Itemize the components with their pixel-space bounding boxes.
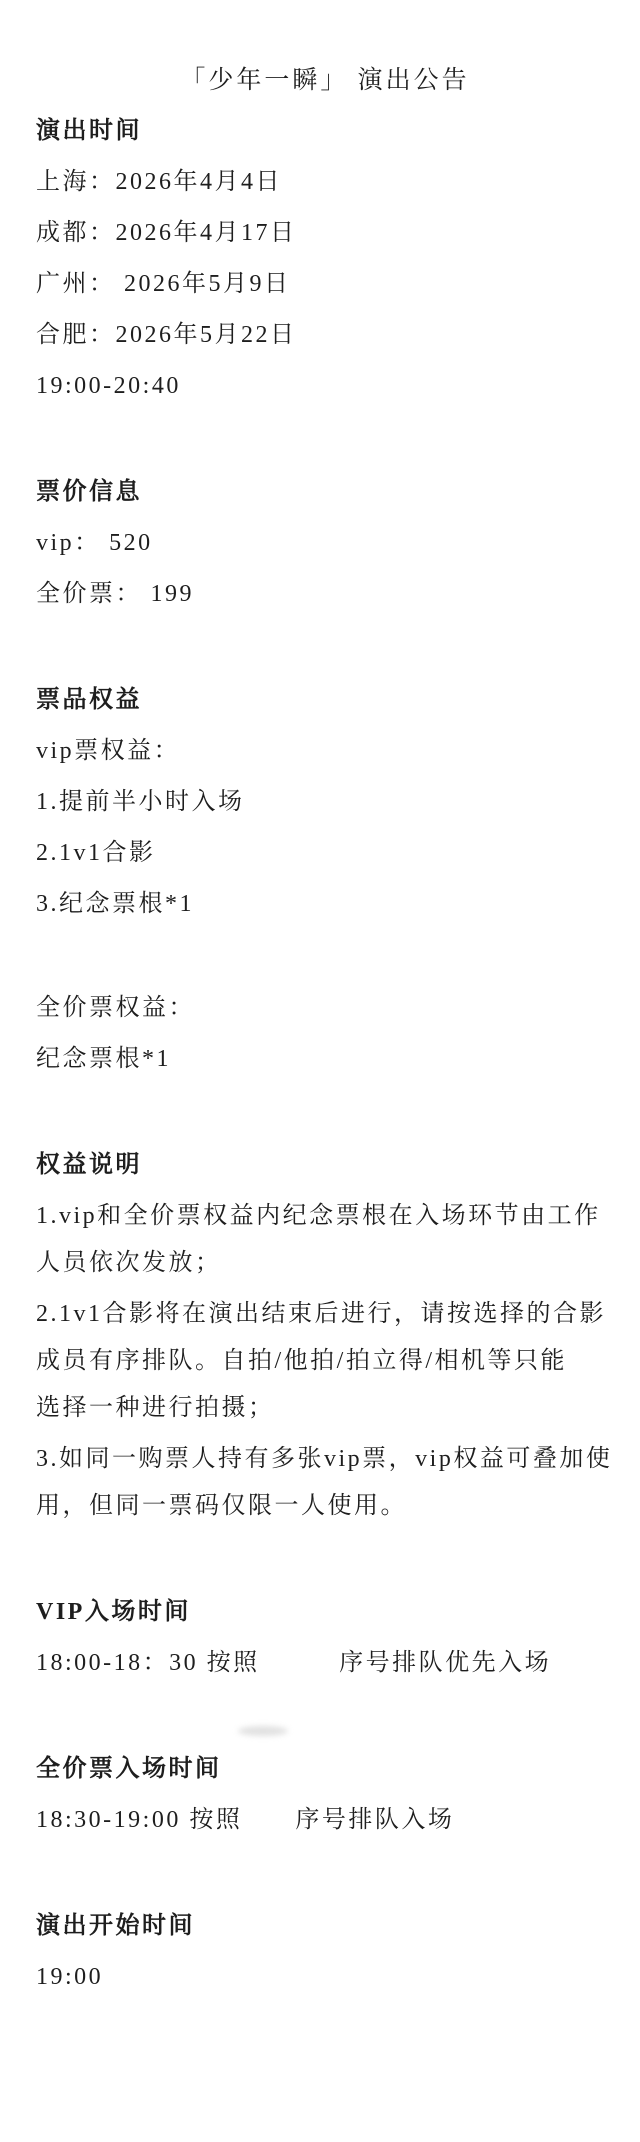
full-entry-time: 18:30-19:00 按照 序号排队入场 [36, 1797, 614, 1844]
vip-benefit-2: 2.1v1合影 [36, 830, 614, 877]
full-benefits-label: 全价票权益： [36, 985, 614, 1032]
benefit-note-3: 3.如同一购票人持有多张vip票，vip权益可叠加使 用，但同一票码仅限一人使用… [36, 1436, 614, 1530]
benefit-note-3-line-1: 3.如同一购票人持有多张vip票，vip权益可叠加使 [36, 1436, 614, 1483]
section-heading-ticket-prices: 票价信息 [36, 469, 614, 516]
section-heading-show-time: 演出时间 [36, 108, 614, 155]
benefit-note-2-line-3: 选择一种进行拍摄； [36, 1385, 614, 1432]
city-date-chengdu: 成都：2026年4月17日 [36, 210, 614, 257]
section-heading-benefit-notes: 权益说明 [36, 1142, 614, 1189]
benefit-note-2: 2.1v1合影将在演出结束后进行，请按选择的合影 成员有序排队。自拍/他拍/拍立… [36, 1291, 614, 1432]
page-title: 「少年一瞬」 演出公告 [36, 57, 614, 104]
section-heading-show-start-time: 演出开始时间 [36, 1903, 614, 1950]
section-full-entry-time: 全价票入场时间 18:30-19:00 按照 序号排队入场 [36, 1746, 614, 1844]
benefit-note-1-line-1: 1.vip和全价票权益内纪念票根在入场环节由工作 [36, 1193, 614, 1240]
section-show-time: 演出时间 上海：2026年4月4日 成都：2026年4月17日 广州： 2026… [36, 108, 614, 410]
vip-benefit-3: 3.纪念票根*1 [36, 881, 614, 928]
benefit-note-3-line-2: 用，但同一票码仅限一人使用。 [36, 1483, 614, 1530]
section-ticket-benefits: 票品权益 vip票权益： 1.提前半小时入场 2.1v1合影 3.纪念票根*1 … [36, 677, 614, 1083]
redaction-smudge-artifact [238, 1726, 288, 1736]
section-benefit-notes: 权益说明 1.vip和全价票权益内纪念票根在入场环节由工作 人员依次发放； 2.… [36, 1142, 614, 1530]
section-heading-ticket-benefits: 票品权益 [36, 677, 614, 724]
section-heading-vip-entry-time: VIP入场时间 [36, 1589, 614, 1636]
section-ticket-prices: 票价信息 vip： 520 全价票： 199 [36, 469, 614, 618]
vip-entry-time: 18:00-18：30 按照 序号排队优先入场 [36, 1640, 614, 1687]
section-vip-entry-time: VIP入场时间 18:00-18：30 按照 序号排队优先入场 [36, 1589, 614, 1687]
city-date-shanghai: 上海：2026年4月4日 [36, 159, 614, 206]
vip-benefits-label: vip票权益： [36, 728, 614, 775]
price-vip: vip： 520 [36, 520, 614, 567]
show-start-time: 19:00 [36, 1954, 614, 2001]
city-date-guangzhou: 广州： 2026年5月9日 [36, 261, 614, 308]
section-show-start-time: 演出开始时间 19:00 [36, 1903, 614, 2001]
vip-benefit-1: 1.提前半小时入场 [36, 779, 614, 826]
announcement-document: 「少年一瞬」 演出公告 演出时间 上海：2026年4月4日 成都：2026年4月… [0, 0, 640, 2001]
price-full: 全价票： 199 [36, 571, 614, 618]
full-benefit-1: 纪念票根*1 [36, 1036, 614, 1083]
benefit-note-2-line-2: 成员有序排队。自拍/他拍/拍立得/相机等只能 [36, 1338, 614, 1385]
benefit-note-1: 1.vip和全价票权益内纪念票根在入场环节由工作 人员依次发放； [36, 1193, 614, 1287]
benefit-note-2-line-1: 2.1v1合影将在演出结束后进行，请按选择的合影 [36, 1291, 614, 1338]
benefit-note-1-line-2: 人员依次发放； [36, 1240, 614, 1287]
section-heading-full-entry-time: 全价票入场时间 [36, 1746, 614, 1793]
show-duration: 19:00-20:40 [36, 363, 614, 410]
city-date-hefei: 合肥：2026年5月22日 [36, 312, 614, 359]
